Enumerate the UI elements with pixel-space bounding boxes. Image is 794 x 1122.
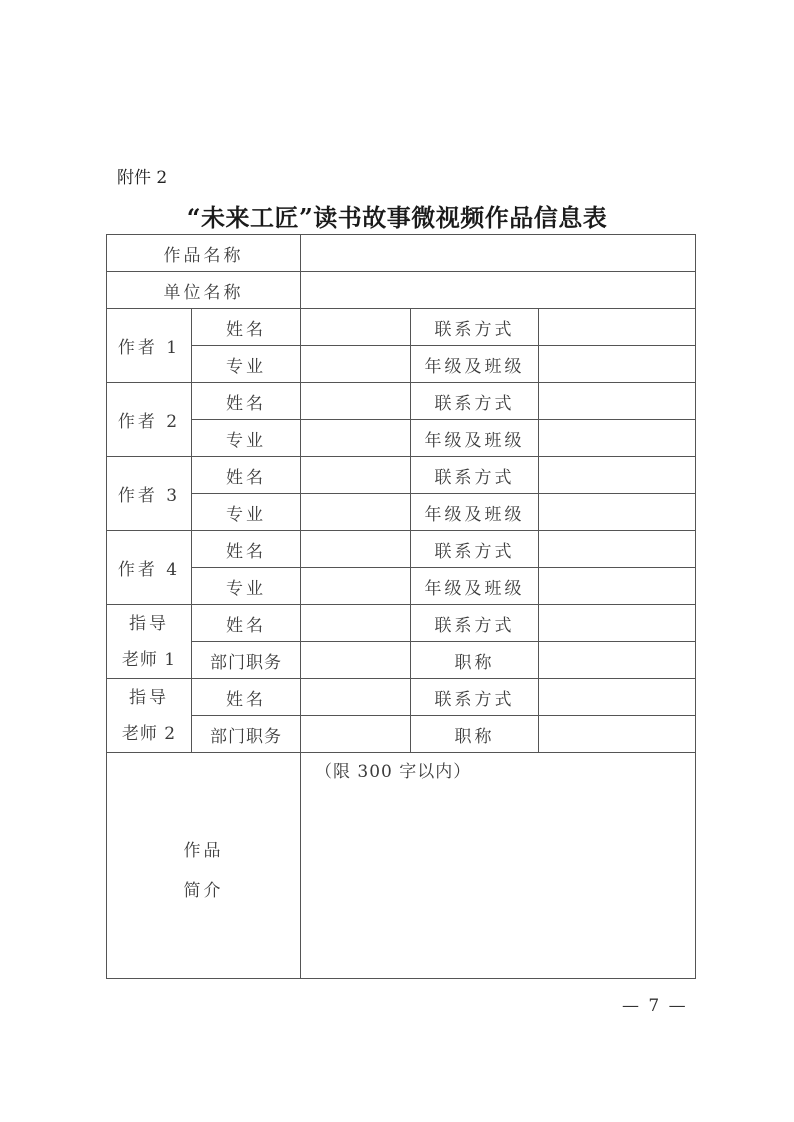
advisor-1-label: 指导 老师 1 bbox=[107, 605, 192, 679]
advisor-1-name-field[interactable] bbox=[301, 605, 411, 642]
intro-label-line1: 作品 bbox=[107, 831, 300, 871]
author-1-label: 作者 1 bbox=[107, 309, 192, 383]
advisor-2-dept-field[interactable] bbox=[301, 716, 411, 753]
author-4-major-label: 专业 bbox=[192, 568, 301, 605]
author-1-contact-field[interactable] bbox=[539, 309, 696, 346]
advisor-2-name-field[interactable] bbox=[301, 679, 411, 716]
advisor-2-dept-label: 部门职务 bbox=[192, 716, 301, 753]
author-4-major-field[interactable] bbox=[301, 568, 411, 605]
author-4-grade-field[interactable] bbox=[539, 568, 696, 605]
intro-label: 作品 简介 bbox=[107, 753, 301, 979]
author-4-contact-label: 联系方式 bbox=[411, 531, 539, 568]
advisor-1-label-line2: 老师 1 bbox=[107, 642, 191, 678]
author-4-row-a: 作者 4 姓名 联系方式 bbox=[107, 531, 696, 568]
author-4-label: 作者 4 bbox=[107, 531, 192, 605]
advisor-1-dept-field[interactable] bbox=[301, 642, 411, 679]
row-unit-name: 单位名称 bbox=[107, 272, 696, 309]
author-3-name-label: 姓名 bbox=[192, 457, 301, 494]
advisor-2-title-label: 职称 bbox=[411, 716, 539, 753]
attachment-label: 附件 2 bbox=[117, 163, 167, 188]
work-name-label: 作品名称 bbox=[107, 235, 301, 272]
author-2-major-field[interactable] bbox=[301, 420, 411, 457]
author-3-label: 作者 3 bbox=[107, 457, 192, 531]
author-3-name-field[interactable] bbox=[301, 457, 411, 494]
intro-row: 作品 简介 （限 300 字以内） bbox=[107, 753, 696, 979]
page-title: “未来工匠”读书故事微视频作品信息表 bbox=[0, 198, 794, 233]
author-4-name-label: 姓名 bbox=[192, 531, 301, 568]
advisor-2-contact-label: 联系方式 bbox=[411, 679, 539, 716]
author-2-row-b: 专业 年级及班级 bbox=[107, 420, 696, 457]
author-3-contact-field[interactable] bbox=[539, 457, 696, 494]
advisor-2-name-label: 姓名 bbox=[192, 679, 301, 716]
author-1-major-label: 专业 bbox=[192, 346, 301, 383]
advisor-1-row-a: 指导 老师 1 姓名 联系方式 bbox=[107, 605, 696, 642]
intro-hint: （限 300 字以内） bbox=[315, 757, 695, 782]
advisor-2-title-field[interactable] bbox=[539, 716, 696, 753]
advisor-1-contact-label: 联系方式 bbox=[411, 605, 539, 642]
author-2-name-label: 姓名 bbox=[192, 383, 301, 420]
advisor-2-label-line2: 老师 2 bbox=[107, 716, 191, 752]
advisor-1-row-b: 部门职务 职称 bbox=[107, 642, 696, 679]
advisor-1-title-field[interactable] bbox=[539, 642, 696, 679]
author-1-grade-label: 年级及班级 bbox=[411, 346, 539, 383]
work-name-field[interactable] bbox=[301, 235, 696, 272]
author-2-label: 作者 2 bbox=[107, 383, 192, 457]
author-3-row-a: 作者 3 姓名 联系方式 bbox=[107, 457, 696, 494]
author-4-row-b: 专业 年级及班级 bbox=[107, 568, 696, 605]
advisor-2-label-line1: 指导 bbox=[107, 680, 191, 716]
author-3-contact-label: 联系方式 bbox=[411, 457, 539, 494]
info-form-table: 作品名称 单位名称 作者 1 姓名 联系方式 专业 年级及班级 作者 2 姓名 … bbox=[106, 234, 696, 979]
author-4-name-field[interactable] bbox=[301, 531, 411, 568]
author-2-grade-field[interactable] bbox=[539, 420, 696, 457]
advisor-2-contact-field[interactable] bbox=[539, 679, 696, 716]
author-3-grade-label: 年级及班级 bbox=[411, 494, 539, 531]
author-2-contact-field[interactable] bbox=[539, 383, 696, 420]
advisor-1-dept-label: 部门职务 bbox=[192, 642, 301, 679]
intro-label-line2: 简介 bbox=[107, 871, 300, 911]
advisor-1-name-label: 姓名 bbox=[192, 605, 301, 642]
unit-name-field[interactable] bbox=[301, 272, 696, 309]
page-number: — 7 — bbox=[622, 996, 688, 1016]
row-work-name: 作品名称 bbox=[107, 235, 696, 272]
advisor-2-row-a: 指导 老师 2 姓名 联系方式 bbox=[107, 679, 696, 716]
author-1-contact-label: 联系方式 bbox=[411, 309, 539, 346]
author-1-row-b: 专业 年级及班级 bbox=[107, 346, 696, 383]
author-1-row-a: 作者 1 姓名 联系方式 bbox=[107, 309, 696, 346]
author-1-grade-field[interactable] bbox=[539, 346, 696, 383]
advisor-1-title-label: 职称 bbox=[411, 642, 539, 679]
advisor-2-row-b: 部门职务 职称 bbox=[107, 716, 696, 753]
intro-field[interactable]: （限 300 字以内） bbox=[301, 753, 696, 979]
author-3-major-field[interactable] bbox=[301, 494, 411, 531]
advisor-2-label: 指导 老师 2 bbox=[107, 679, 192, 753]
author-4-grade-label: 年级及班级 bbox=[411, 568, 539, 605]
author-1-major-field[interactable] bbox=[301, 346, 411, 383]
author-4-contact-field[interactable] bbox=[539, 531, 696, 568]
author-2-grade-label: 年级及班级 bbox=[411, 420, 539, 457]
author-3-grade-field[interactable] bbox=[539, 494, 696, 531]
unit-name-label: 单位名称 bbox=[107, 272, 301, 309]
author-2-row-a: 作者 2 姓名 联系方式 bbox=[107, 383, 696, 420]
author-3-major-label: 专业 bbox=[192, 494, 301, 531]
author-3-row-b: 专业 年级及班级 bbox=[107, 494, 696, 531]
advisor-1-contact-field[interactable] bbox=[539, 605, 696, 642]
author-2-contact-label: 联系方式 bbox=[411, 383, 539, 420]
author-2-major-label: 专业 bbox=[192, 420, 301, 457]
author-1-name-field[interactable] bbox=[301, 309, 411, 346]
advisor-1-label-line1: 指导 bbox=[107, 606, 191, 642]
author-2-name-field[interactable] bbox=[301, 383, 411, 420]
author-1-name-label: 姓名 bbox=[192, 309, 301, 346]
